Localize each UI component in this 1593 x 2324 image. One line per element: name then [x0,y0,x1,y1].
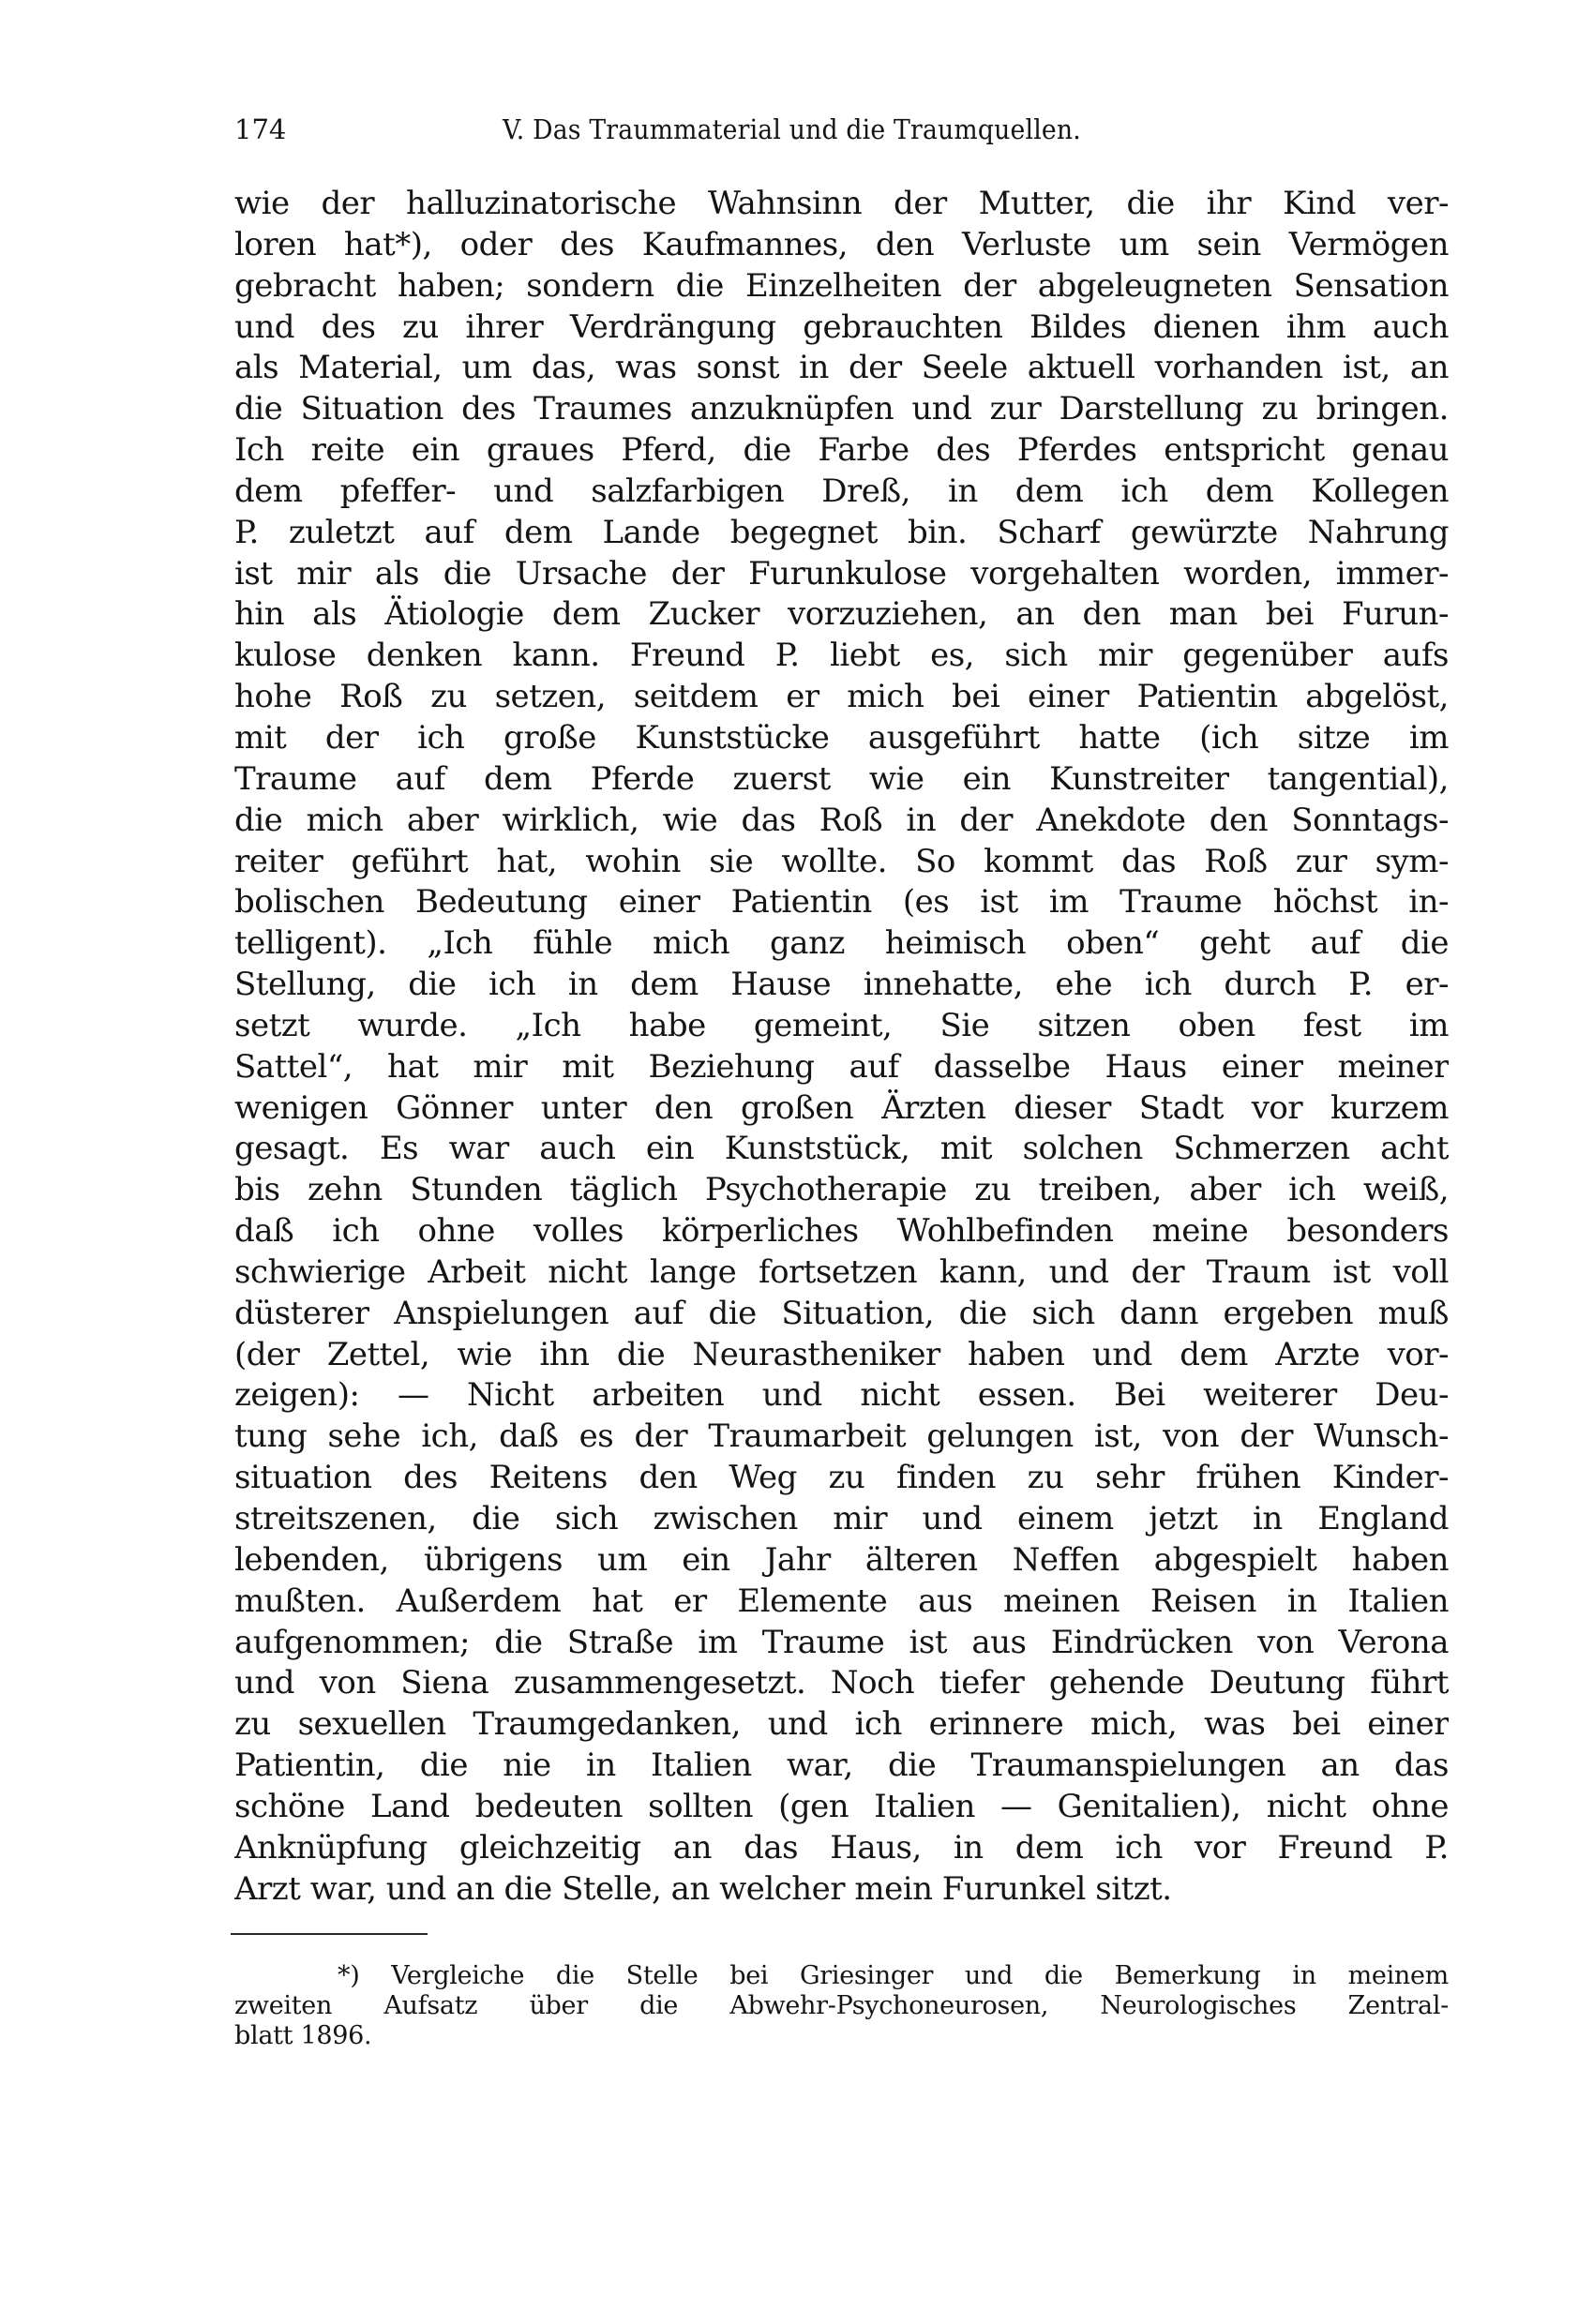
text-line: schöne Land bedeuten sollten (gen Italie… [234,1787,1449,1828]
text-line: bis zehn Stunden täglich Psychotherapie … [234,1170,1449,1211]
body-paragraph: wie der halluzinatorische Wahnsinn der M… [234,184,1449,1910]
footnote-line: zweiten Aufsatz über die Abwehr-Psychone… [234,1991,1449,2021]
text-line: daß ich ohne volles körperliches Wohlbef… [234,1211,1449,1252]
text-line: hohe Roß zu setzen, seitdem er mich bei … [234,677,1449,718]
footnote-line: blatt 1896. [234,2021,1449,2051]
running-head: 174 V. Das Traummaterial und die Traumqu… [234,111,1449,148]
text-line: hin als Ätiologie dem Zucker vorzuziehen… [234,594,1449,636]
text-line: aufgenommen; die Straße im Traume ist au… [234,1623,1449,1664]
text-line: telligent). „Ich fühle mich ganz heimisc… [234,923,1449,965]
text-line: wie der halluzinatorische Wahnsinn der M… [234,184,1449,225]
text-line: zeigen): — Nicht arbeiten und nicht esse… [234,1375,1449,1417]
text-line: düsterer Anspielungen auf die Situation,… [234,1294,1449,1335]
text-line: und von Siena zusammengesetzt. Noch tief… [234,1663,1449,1704]
text-line: Arzt war, und an die Stelle, an welcher … [234,1869,1449,1911]
text-line: (der Zettel, wie ihn die Neurastheniker … [234,1335,1449,1376]
text-line: loren hat*), oder des Kaufmannes, den Ve… [234,225,1449,266]
chapter-running-title: V. Das Traummaterial und die Traumquelle… [503,111,1081,148]
text-line: zu sexuellen Traumgedanken, und ich erin… [234,1704,1449,1746]
text-line: kulose denken kann. Freund P. liebt es, … [234,636,1449,677]
text-line: ist mir als die Ursache der Furunkulose … [234,554,1449,595]
text-line: situation des Reitens den Weg zu finden … [234,1458,1449,1499]
footnote-divider [231,1933,428,1935]
text-line: reiter geführt hat, wohin sie wollte. So… [234,842,1449,883]
text-line: Anknüpfung gleichzeitig an das Haus, in … [234,1828,1449,1869]
text-line: setzt wurde. „Ich habe gemeint, Sie sitz… [234,1006,1449,1047]
text-line: tung sehe ich, daß es der Traumarbeit ge… [234,1417,1449,1458]
book-page: 174 V. Das Traummaterial und die Traumqu… [0,0,1593,2324]
text-line: lebenden, übrigens um ein Jahr älteren N… [234,1540,1449,1582]
text-line: und des zu ihrer Verdrängung gebrauchten… [234,307,1449,349]
text-line: Ich reite ein graues Pferd, die Farbe de… [234,430,1449,472]
text-line: bolischen Bedeutung einer Patientin (es … [234,882,1449,923]
text-line: mit der ich große Kunststücke ausgeführt… [234,718,1449,759]
text-line: schwierige Arbeit nicht lange fortsetzen… [234,1252,1449,1294]
footnote-line: *) Vergleiche die Stelle bei Griesinger … [234,1961,1449,1991]
text-line: als Material, um das, was sonst in der S… [234,348,1449,389]
text-line: wenigen Gönner unter den großen Ärzten d… [234,1088,1449,1130]
text-line: Patientin, die nie in Italien war, die T… [234,1746,1449,1787]
text-line: mußten. Außerdem hat er Elemente aus mei… [234,1582,1449,1623]
text-line: P. zuletzt auf dem Lande begegnet bin. S… [234,513,1449,554]
text-line: Sattel“, hat mir mit Beziehung auf dasse… [234,1047,1449,1088]
text-line: dem pfeffer- und salzfarbigen Dreß, in d… [234,472,1449,513]
text-line: gebracht haben; sondern die Einzelheiten… [234,266,1449,307]
text-line: die mich aber wirklich, wie das Roß in d… [234,801,1449,842]
text-line: Traume auf dem Pferde zuerst wie ein Kun… [234,759,1449,801]
text-line: gesagt. Es war auch ein Kunststück, mit … [234,1129,1449,1170]
page-number: 174 [234,111,286,148]
text-line: Stellung, die ich in dem Hause innehatte… [234,965,1449,1006]
footnote: *) Vergleiche die Stelle bei Griesinger … [234,1961,1449,2051]
text-line: streitszenen, die sich zwischen mir und … [234,1499,1449,1540]
text-line: die Situation des Traumes anzuknüpfen un… [234,389,1449,430]
